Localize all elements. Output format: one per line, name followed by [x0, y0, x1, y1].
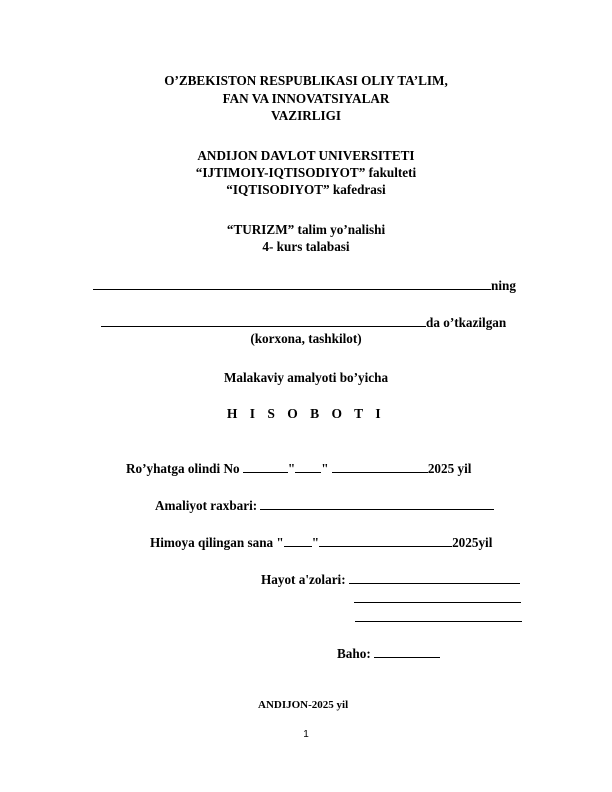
organization-row: da o’tkazilgan	[101, 314, 506, 331]
registration-day-blank[interactable]	[295, 460, 321, 473]
committee-member-3-blank[interactable]	[355, 609, 522, 622]
registration-row: Ro’yhatga olindi No "" 2025 yil	[126, 460, 471, 477]
study-direction: “TURIZM” talim yo’nalishi	[0, 222, 612, 238]
page-number: 1	[0, 729, 612, 740]
committee-member-3-row	[355, 609, 522, 626]
ministry-line-2: FAN VA INNOVATSIYALAR	[0, 91, 612, 107]
course-year: 4- kurs talabasi	[0, 239, 612, 255]
committee-member-1-blank[interactable]	[349, 571, 520, 584]
report-subtitle: Malakaviy amalyoti bo’yicha	[0, 370, 612, 386]
committee-row: Hayot a'zolari:	[261, 571, 520, 588]
registration-year: 2025 yil	[428, 461, 472, 476]
registration-number-blank[interactable]	[243, 460, 288, 473]
defense-label: Himoya qilingan sana "	[150, 535, 284, 550]
quote-close: "	[321, 461, 328, 476]
organization-hint: (korxona, tashkilot)	[0, 331, 612, 347]
grade-row: Baho:	[337, 645, 440, 662]
organization-blank[interactable]	[101, 314, 426, 327]
registration-label: Ro’yhatga olindi No	[126, 461, 240, 476]
supervisor-label: Amaliyot raxbari:	[155, 498, 257, 513]
defense-year: 2025yil	[452, 535, 492, 550]
quote-open: "	[288, 461, 295, 476]
student-name-blank[interactable]	[93, 277, 491, 290]
organization-suffix: da o’tkazilgan	[426, 315, 506, 330]
defense-month-blank[interactable]	[319, 534, 452, 547]
ministry-line-3: VAZIRLIGI	[0, 108, 612, 124]
student-name-row: ning	[93, 277, 516, 294]
grade-label: Baho:	[337, 646, 371, 661]
committee-member-2-blank[interactable]	[354, 590, 521, 603]
report-title: H I S O B O T I	[0, 406, 612, 422]
department-name: “IQTISODIYOT” kafedrasi	[0, 182, 612, 198]
faculty-name: “IJTIMOIY-IQTISODIYOT” fakulteti	[0, 165, 612, 181]
supervisor-blank[interactable]	[260, 497, 494, 510]
committee-member-2-row	[354, 590, 521, 607]
defense-date-row: Himoya qilingan sana ""2025yil	[150, 534, 492, 551]
ministry-line-1: O’ZBEKISTON RESPUBLIKASI OLIY TA’LIM,	[0, 73, 612, 89]
grade-blank[interactable]	[374, 645, 440, 658]
committee-label: Hayot a'zolari:	[261, 572, 346, 587]
quote-close: "	[312, 535, 319, 550]
place-year: ANDIJON-2025 yil	[258, 697, 348, 713]
supervisor-row: Amaliyot raxbari:	[155, 497, 494, 514]
university-name: ANDIJON DAVLOT UNIVERSITETI	[0, 148, 612, 164]
student-name-suffix: ning	[491, 278, 516, 293]
registration-month-blank[interactable]	[332, 460, 428, 473]
defense-day-blank[interactable]	[284, 534, 312, 547]
